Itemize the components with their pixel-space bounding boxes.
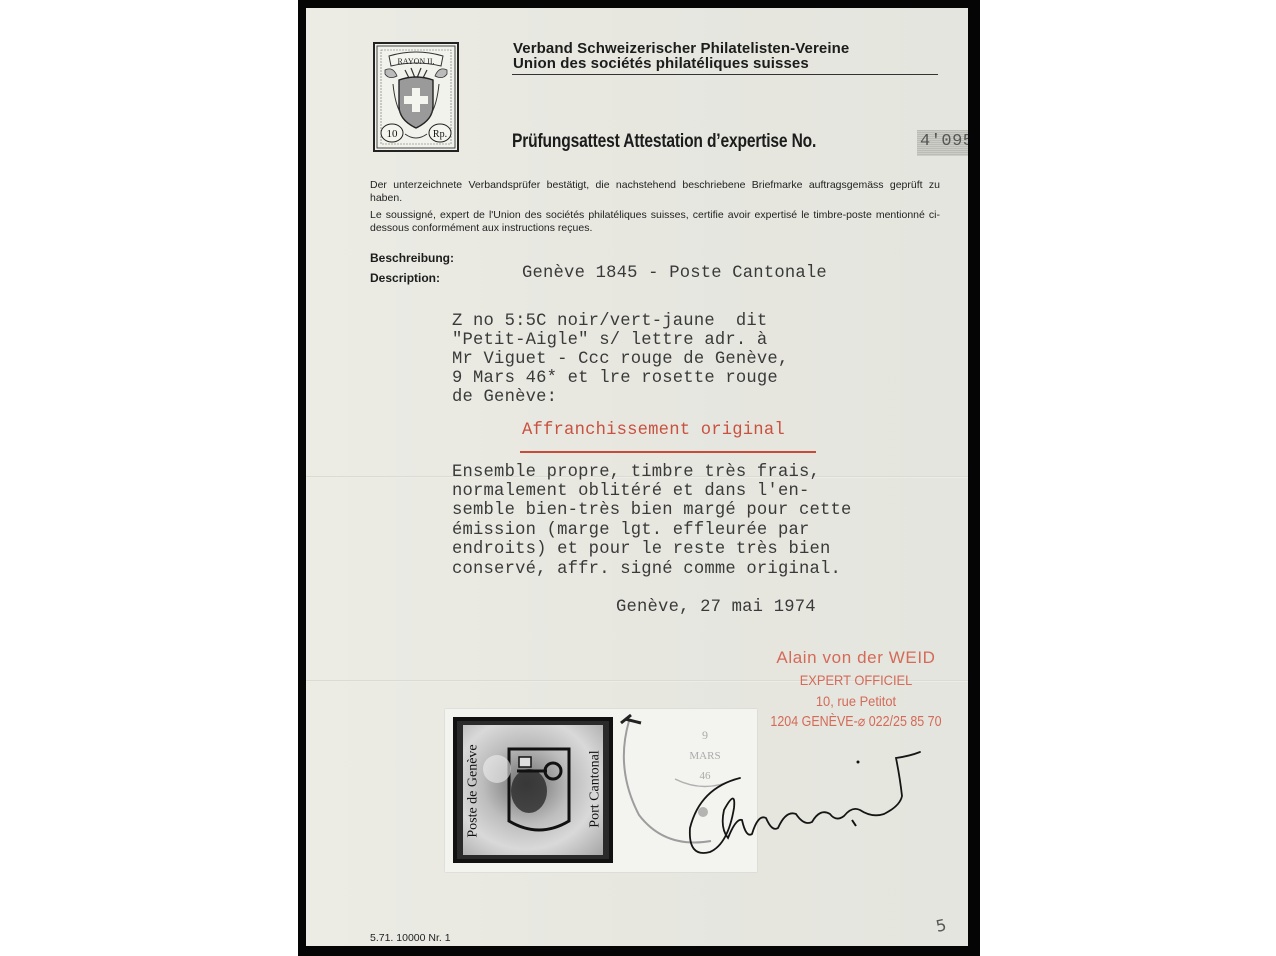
certificate-page: RAYON II. 10 Rp. Verband Schweizerischer… — [306, 8, 968, 946]
description-line: de Genève: — [452, 388, 557, 407]
intro-text-fr: Le soussigné, expert de l'Union des soci… — [370, 209, 940, 235]
svg-text:9: 9 — [702, 728, 708, 742]
description-title: Genève 1845 - Poste Cantonale — [522, 264, 827, 283]
description-line: Mr Viguet - Ccc rouge de Genève, — [452, 350, 788, 369]
description-line: 9 Mars 46* et lre rosette rouge — [452, 369, 778, 388]
expert-title: EXPERT OFFICIEL — [746, 672, 967, 688]
assessment-line: endroits) et pour le reste très bien — [452, 540, 831, 559]
expert-signature — [680, 748, 968, 868]
expert-address: 10, rue Petitot — [746, 693, 967, 709]
assessment-line: conservé, affr. signé comme original. — [452, 560, 841, 579]
certificate-title: Prüfungsattest Attestation d’expertise N… — [512, 131, 816, 153]
expert-city-phone: 1204 GENÈVE-⌀ 022/25 85 70 — [753, 714, 959, 730]
petit-aigle-stamp-image: Poste de Genève Port Cantonal — [453, 717, 613, 863]
assessment-line: Ensemble propre, timbre très frais, — [452, 463, 820, 482]
label-description: Description: — [370, 271, 440, 285]
svg-text:Rp.: Rp. — [433, 129, 447, 140]
description-line: "Petit-Aigle" s/ lettre adr. à — [452, 331, 767, 350]
red-underline — [520, 451, 816, 453]
print-code: 5.71. 10000 Nr. 1 — [370, 932, 451, 944]
svg-text:RAYON II.: RAYON II. — [397, 57, 434, 66]
page-mark: 5 — [934, 915, 948, 936]
original-franking-note: Affranchissement original — [522, 421, 785, 440]
header-rule — [512, 74, 938, 75]
assessment-line: normalement oblitéré et dans l'en- — [452, 482, 809, 501]
rayon-stamp-emblem: RAYON II. 10 Rp. — [373, 42, 459, 152]
stamp-left-inscription: Poste de Genève — [466, 744, 482, 837]
assessment-line: émission (marge lgt. effleurée par — [452, 521, 809, 540]
stamp-right-inscription: Port Cantonal — [588, 750, 604, 827]
expert-name: Alain von der WEID — [736, 648, 968, 668]
org-name-fr: Union des sociétés philatéliques suisses — [513, 56, 809, 72]
expert-stamp: Alain von der WEID EXPERT OFFICIEL 10, r… — [736, 648, 968, 730]
certificate-number: 4'095 — [920, 132, 968, 151]
svg-text:10: 10 — [387, 128, 399, 140]
description-line: Z no 5:5C noir/vert-jaune dit — [452, 312, 767, 331]
intro-text-de: Der unterzeichnete Verbandsprüfer bestät… — [370, 179, 940, 205]
place-date: Genève, 27 mai 1974 — [616, 598, 816, 617]
label-beschreibung: Beschreibung: — [370, 251, 454, 265]
swiss-cross-shield-icon: RAYON II. 10 Rp. — [375, 44, 457, 150]
assessment-line: semble bien-très bien margé pour cette — [452, 501, 852, 520]
